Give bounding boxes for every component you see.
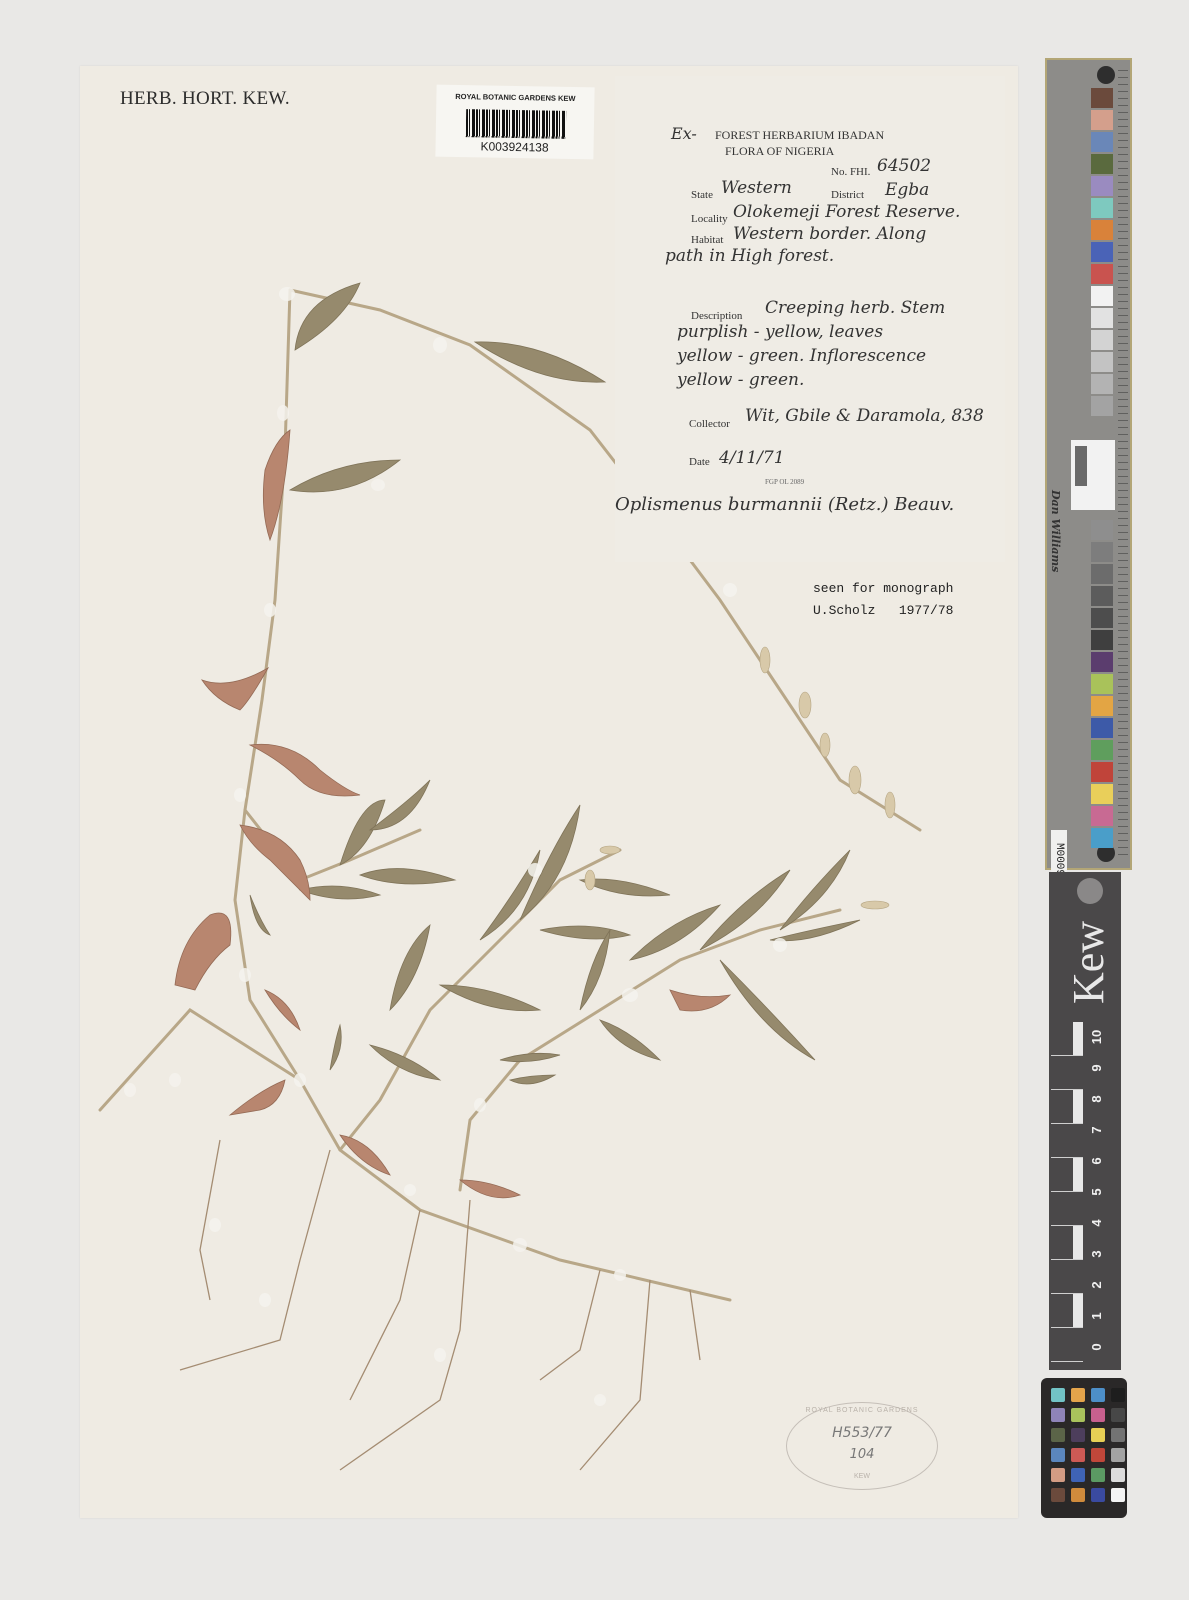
- color-swatch: [1091, 220, 1113, 240]
- color-swatch: [1111, 1488, 1125, 1502]
- color-swatch: [1091, 1428, 1105, 1442]
- color-swatch: [1051, 1468, 1065, 1482]
- color-swatch: [1091, 696, 1113, 716]
- locality-label: Locality: [691, 213, 728, 225]
- scale-tick-label: 6: [1082, 1153, 1112, 1169]
- color-swatch: [1091, 110, 1113, 130]
- color-swatch: [1071, 1468, 1085, 1482]
- annotation-line-2: U.Scholz 1977/78: [813, 600, 953, 622]
- color-calibration-ruler: Dan Williams M000977: [1045, 58, 1132, 870]
- color-swatch: [1091, 608, 1113, 628]
- color-swatch: [1091, 652, 1113, 672]
- color-checker-grid: [1051, 1388, 1125, 1502]
- stamp-accession: H553/77: [787, 1425, 937, 1441]
- color-swatch: [1091, 1448, 1105, 1462]
- color-patches-top: [1091, 88, 1113, 418]
- description-line-4: yellow - green.: [677, 370, 804, 390]
- color-patches-bottom: [1091, 520, 1113, 850]
- color-swatch: [1091, 828, 1113, 848]
- description-line-1: Creeping herb. Stem: [765, 298, 945, 318]
- stamp-sequence: 104: [787, 1447, 937, 1462]
- district-value: Egba: [885, 180, 929, 200]
- color-swatch: [1091, 586, 1113, 606]
- locality-value: Olokemeji Forest Reserve.: [733, 202, 960, 222]
- gray-scale-card: [1071, 440, 1115, 510]
- scale-tick-label: 2: [1082, 1277, 1112, 1293]
- scale-tick-label: 7: [1082, 1122, 1112, 1138]
- scale-tick-label: 1: [1082, 1308, 1112, 1324]
- color-swatch: [1091, 88, 1113, 108]
- collection-label: Ex- FOREST HERBARIUM IBADAN FLORA OF NIG…: [615, 76, 1005, 562]
- scale-tick-label: 3: [1082, 1246, 1112, 1262]
- color-swatch: [1091, 542, 1113, 562]
- description-line-3: yellow - green. Inflorescence: [677, 346, 926, 366]
- color-swatch: [1071, 1388, 1085, 1402]
- herbarium-name: FOREST HERBARIUM IBADAN: [715, 128, 884, 143]
- description-label: Description: [691, 310, 742, 322]
- color-swatch: [1111, 1428, 1125, 1442]
- ruler-scale-ticks: [1118, 70, 1128, 858]
- color-swatch: [1051, 1488, 1065, 1502]
- district-label: District: [831, 189, 864, 201]
- color-swatch: [1051, 1428, 1065, 1442]
- plant-specimen: [0, 0, 1189, 1600]
- color-swatch: [1051, 1408, 1065, 1422]
- kew-scale-bar: Kew 012345678910: [1049, 872, 1121, 1370]
- stamp-bottom-text: KEW: [787, 1473, 937, 1480]
- number-value: 64502: [877, 156, 931, 176]
- date-label: Date: [689, 456, 710, 468]
- scale-tick-label: 8: [1082, 1091, 1112, 1107]
- color-swatch: [1091, 396, 1113, 416]
- color-swatch: [1091, 1388, 1105, 1402]
- color-swatch: [1091, 352, 1113, 372]
- color-swatch: [1091, 784, 1113, 804]
- scale-tick-label: 4: [1082, 1215, 1112, 1231]
- date-value: 4/11/71: [719, 448, 785, 468]
- color-swatch: [1091, 718, 1113, 738]
- color-swatch: [1091, 630, 1113, 650]
- collector-label: Collector: [689, 418, 730, 430]
- color-swatch: [1091, 674, 1113, 694]
- monograph-annotation: seen for monographU.Scholz 1977/78: [813, 578, 953, 622]
- scale-tick-label: 9: [1082, 1060, 1112, 1076]
- color-swatch: [1091, 132, 1113, 152]
- color-swatch: [1051, 1448, 1065, 1462]
- ruler-hole-top: [1097, 66, 1115, 84]
- color-swatch: [1111, 1448, 1125, 1462]
- color-swatch: [1091, 520, 1113, 540]
- color-swatch: [1091, 242, 1113, 262]
- collector-value: Wit, Gbile & Daramola, 838: [745, 406, 984, 426]
- color-swatch: [1091, 374, 1113, 394]
- description-line-2: purplish - yellow, leaves: [677, 322, 883, 342]
- habitat-value-2: path in High forest.: [665, 246, 834, 266]
- color-swatch: [1111, 1468, 1125, 1482]
- accession-stamp: ROYAL BOTANIC GARDENS H553/77 104 KEW: [786, 1402, 938, 1490]
- habitat-value-1: Western border. Along: [733, 224, 926, 244]
- color-swatch: [1091, 806, 1113, 826]
- color-swatch: [1091, 286, 1113, 306]
- scale-tick-label: 5: [1082, 1184, 1112, 1200]
- color-swatch: [1091, 308, 1113, 328]
- habitat-label: Habitat: [691, 234, 723, 246]
- scale-tick-label: 10: [1082, 1029, 1112, 1045]
- scale-cells: [1051, 1022, 1083, 1362]
- color-swatch: [1091, 1408, 1105, 1422]
- stamp-ring-text: ROYAL BOTANIC GARDENS: [787, 1407, 937, 1414]
- color-swatch: [1091, 1468, 1105, 1482]
- scale-numbers: 012345678910: [1089, 1022, 1105, 1362]
- ruler-brand: Dan Williams: [1049, 490, 1062, 572]
- color-swatch: [1071, 1448, 1085, 1462]
- color-swatch: [1091, 176, 1113, 196]
- kew-crest-icon: [1077, 878, 1103, 904]
- color-checker: [1041, 1378, 1127, 1518]
- color-swatch: [1091, 762, 1113, 782]
- printer-code: FGP OL 2089: [765, 478, 804, 486]
- color-swatch: [1091, 740, 1113, 760]
- color-swatch: [1111, 1388, 1125, 1402]
- determination: Oplismenus burmannii (Retz.) Beauv.: [615, 494, 954, 515]
- color-swatch: [1071, 1408, 1085, 1422]
- color-swatch: [1111, 1408, 1125, 1422]
- state-value: Western: [721, 178, 792, 198]
- number-label: No. FHI.: [831, 166, 870, 178]
- color-swatch: [1091, 264, 1113, 284]
- flora-name: FLORA OF NIGERIA: [725, 144, 834, 159]
- color-swatch: [1091, 1488, 1105, 1502]
- color-swatch: [1071, 1428, 1085, 1442]
- color-swatch: [1091, 564, 1113, 584]
- ex-prefix: Ex-: [671, 124, 697, 143]
- annotation-line-1: seen for monograph: [813, 578, 953, 600]
- state-label: State: [691, 189, 713, 201]
- color-swatch: [1071, 1488, 1085, 1502]
- kew-logo: Kew: [1059, 912, 1119, 1012]
- color-swatch: [1091, 154, 1113, 174]
- color-swatch: [1091, 198, 1113, 218]
- color-swatch: [1091, 330, 1113, 350]
- color-swatch: [1051, 1388, 1065, 1402]
- scale-tick-label: 0: [1082, 1339, 1112, 1355]
